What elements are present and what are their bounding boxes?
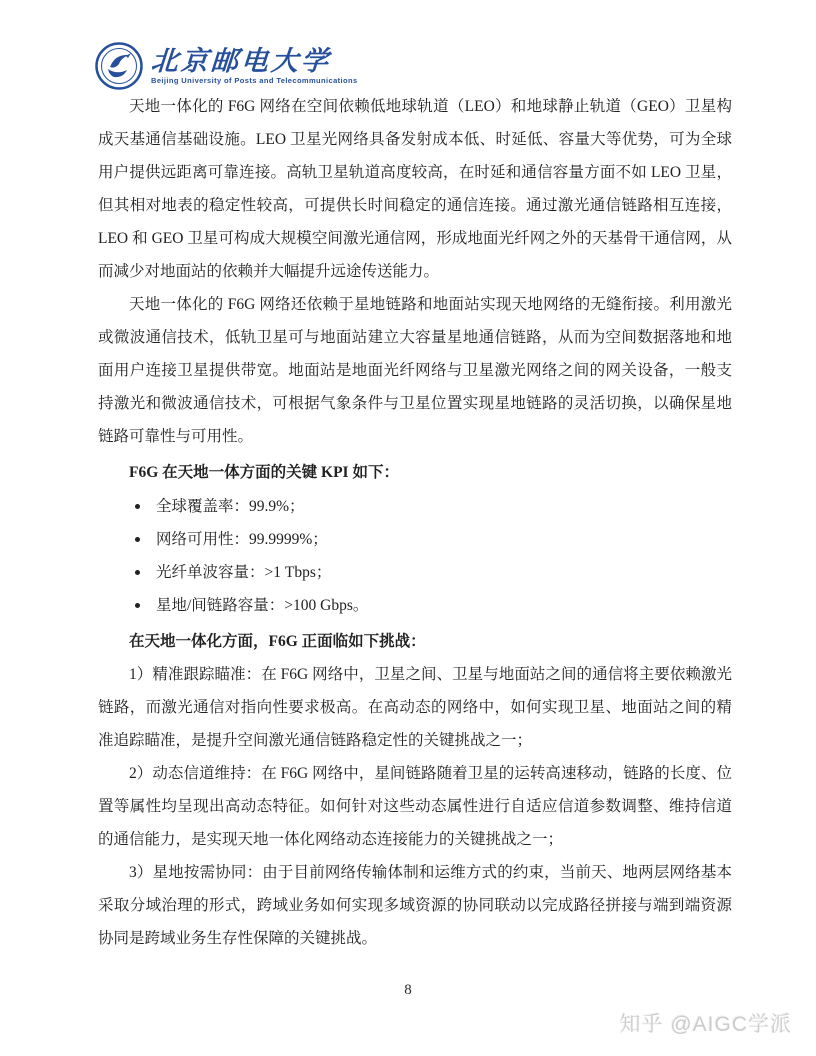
kpi-item-link-capacity: 星地/间链路容量：>100 Gbps。 bbox=[98, 589, 732, 622]
kpi-item-fiber-capacity: 光纤单波容量：>1 Tbps； bbox=[98, 556, 732, 589]
challenge-dynamic-channel: 2）动态信道维持：在 F6G 网络中，星间链路随着卫星的运转高速移动，链路的长度… bbox=[98, 757, 732, 856]
challenge-on-demand-coordination: 3）星地按需协同：由于目前网络传输体制和运维方式的约束，当前天、地两层网络基本采… bbox=[98, 856, 732, 955]
kpi-item-coverage: 全球覆盖率：99.9%； bbox=[98, 490, 732, 523]
challenge-tracking-aiming: 1）精准跟踪瞄准：在 F6G 网络中，卫星之间、卫星与地面站之间的通信将主要依赖… bbox=[98, 658, 732, 757]
kpi-item-label: 光纤单波容量：>1 Tbps； bbox=[156, 564, 331, 581]
bullet-marker-icon bbox=[135, 504, 140, 509]
university-emblem-icon bbox=[95, 42, 143, 90]
bullet-marker-icon bbox=[135, 603, 140, 608]
document-page: 北京邮电大学 Beijing University of Posts and T… bbox=[0, 0, 816, 1056]
challenges-heading: 在天地一体化方面，F6G 正面临如下挑战： bbox=[98, 625, 732, 658]
bullet-marker-icon bbox=[135, 537, 140, 542]
watermark: 知乎 @AIGC学派 bbox=[620, 1008, 793, 1038]
paragraph-ground-station: 天地一体化的 F6G 网络还依赖于星地链路和地面站实现天地网络的无缝衔接。利用激… bbox=[98, 288, 732, 453]
kpi-item-label: 星地/间链路容量：>100 Gbps。 bbox=[156, 597, 368, 614]
university-name-block: 北京邮电大学 Beijing University of Posts and T… bbox=[151, 46, 358, 86]
page-number: 8 bbox=[0, 982, 816, 999]
bullet-marker-icon bbox=[135, 570, 140, 575]
university-logo: 北京邮电大学 Beijing University of Posts and T… bbox=[95, 42, 358, 90]
kpi-list: 全球覆盖率：99.9%； 网络可用性：99.9999%； 光纤单波容量：>1 T… bbox=[98, 490, 732, 622]
paragraph-space-ground-overview: 天地一体化的 F6G 网络在空间依赖低地球轨道（LEO）和地球静止轨道（GEO）… bbox=[98, 90, 732, 288]
kpi-heading: F6G 在天地一体方面的关键 KPI 如下： bbox=[98, 456, 732, 489]
university-name-en: Beijing University of Posts and Telecomm… bbox=[151, 76, 358, 86]
document-body: 天地一体化的 F6G 网络在空间依赖低地球轨道（LEO）和地球静止轨道（GEO）… bbox=[98, 90, 732, 955]
kpi-item-label: 网络可用性：99.9999%； bbox=[156, 531, 328, 548]
kpi-item-label: 全球覆盖率：99.9%； bbox=[156, 498, 305, 515]
kpi-item-availability: 网络可用性：99.9999%； bbox=[98, 523, 732, 556]
university-name-cn: 北京邮电大学 bbox=[150, 46, 359, 76]
